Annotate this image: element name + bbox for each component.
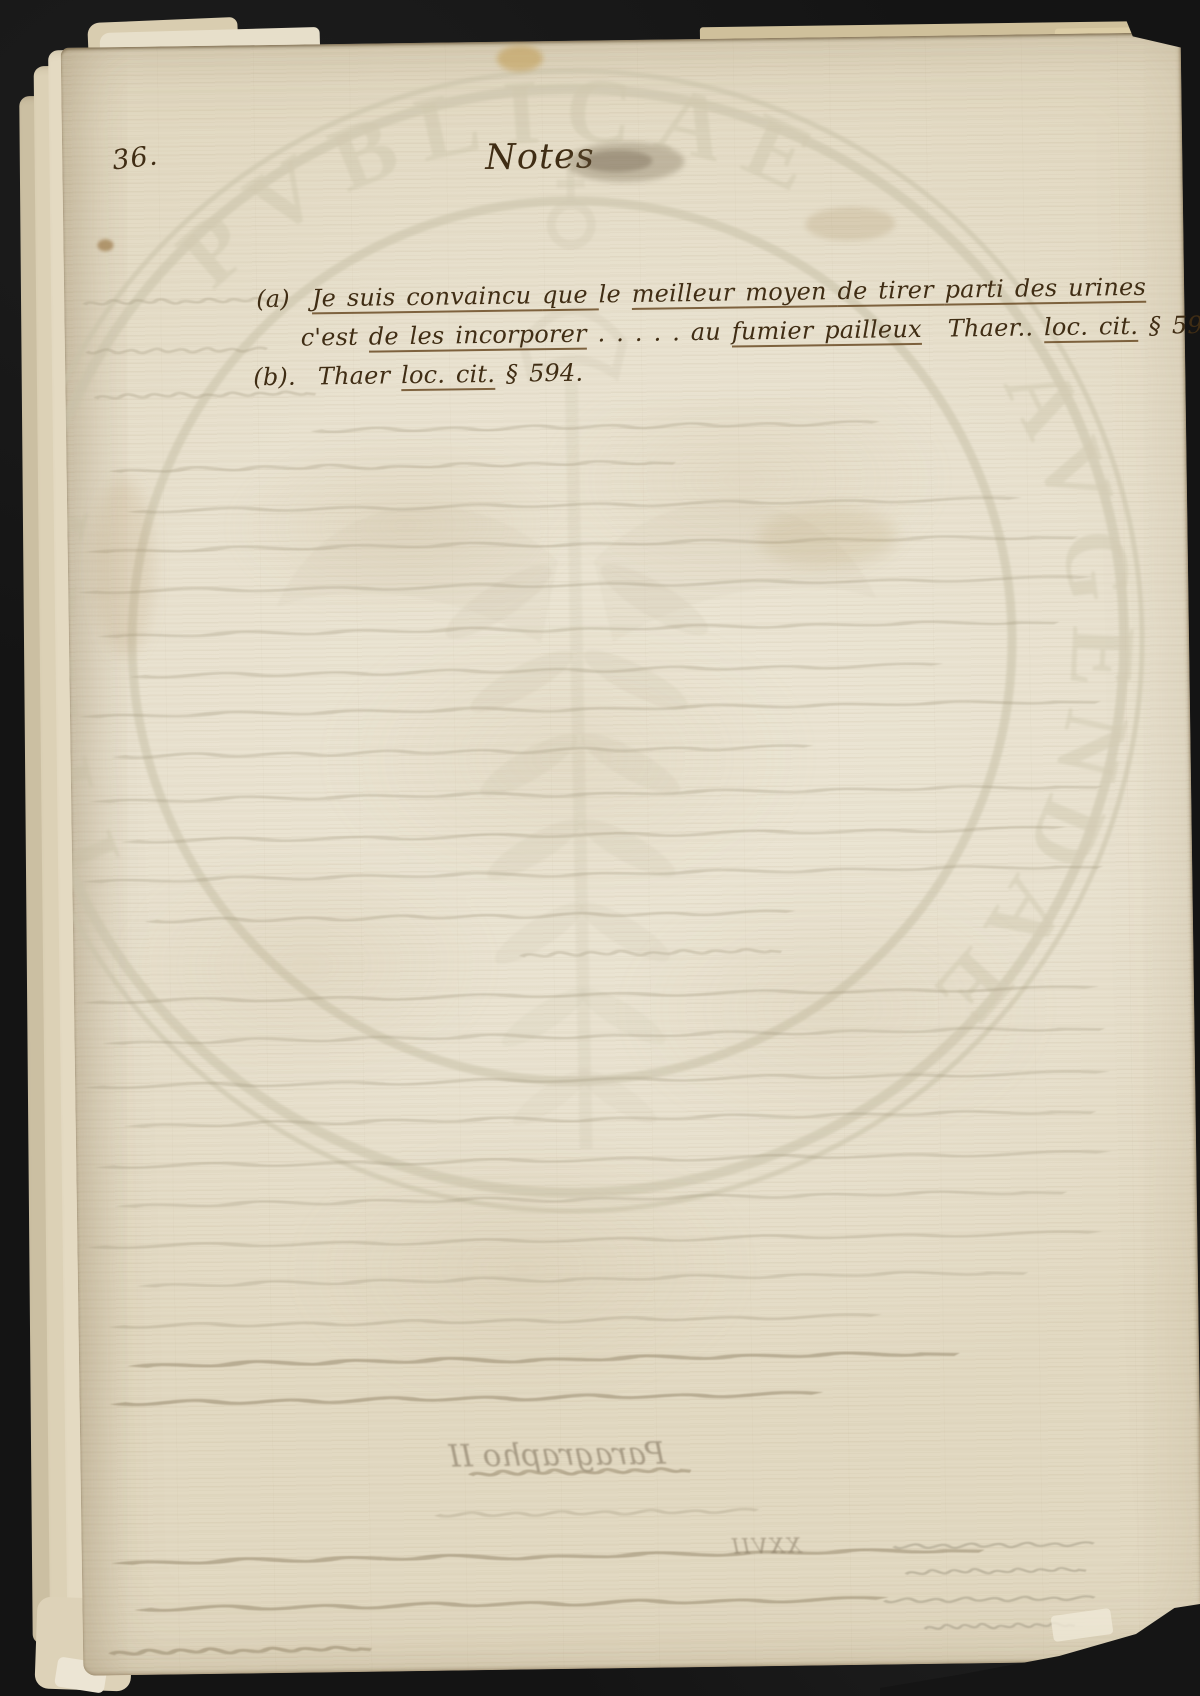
note-a-label: (a) bbox=[256, 285, 290, 313]
bleedthrough-mirrored-marker: XXVII bbox=[730, 1534, 802, 1559]
page-number: 36. bbox=[111, 140, 160, 176]
note-a-citation: Thaer.. loc. cit. § 596. bbox=[948, 311, 1200, 343]
note-b-text: Thaer loc. cit. § 594. bbox=[318, 359, 584, 391]
note-b-line: (b).Thaer loc. cit. § 594. bbox=[253, 359, 583, 392]
bleedthrough-mirrored-heading: Paragrapho II bbox=[448, 1436, 666, 1475]
note-b-label: (b). bbox=[253, 363, 296, 392]
manuscript-page: ITATI PVBLICAE AVGENDAE bbox=[61, 32, 1200, 1675]
